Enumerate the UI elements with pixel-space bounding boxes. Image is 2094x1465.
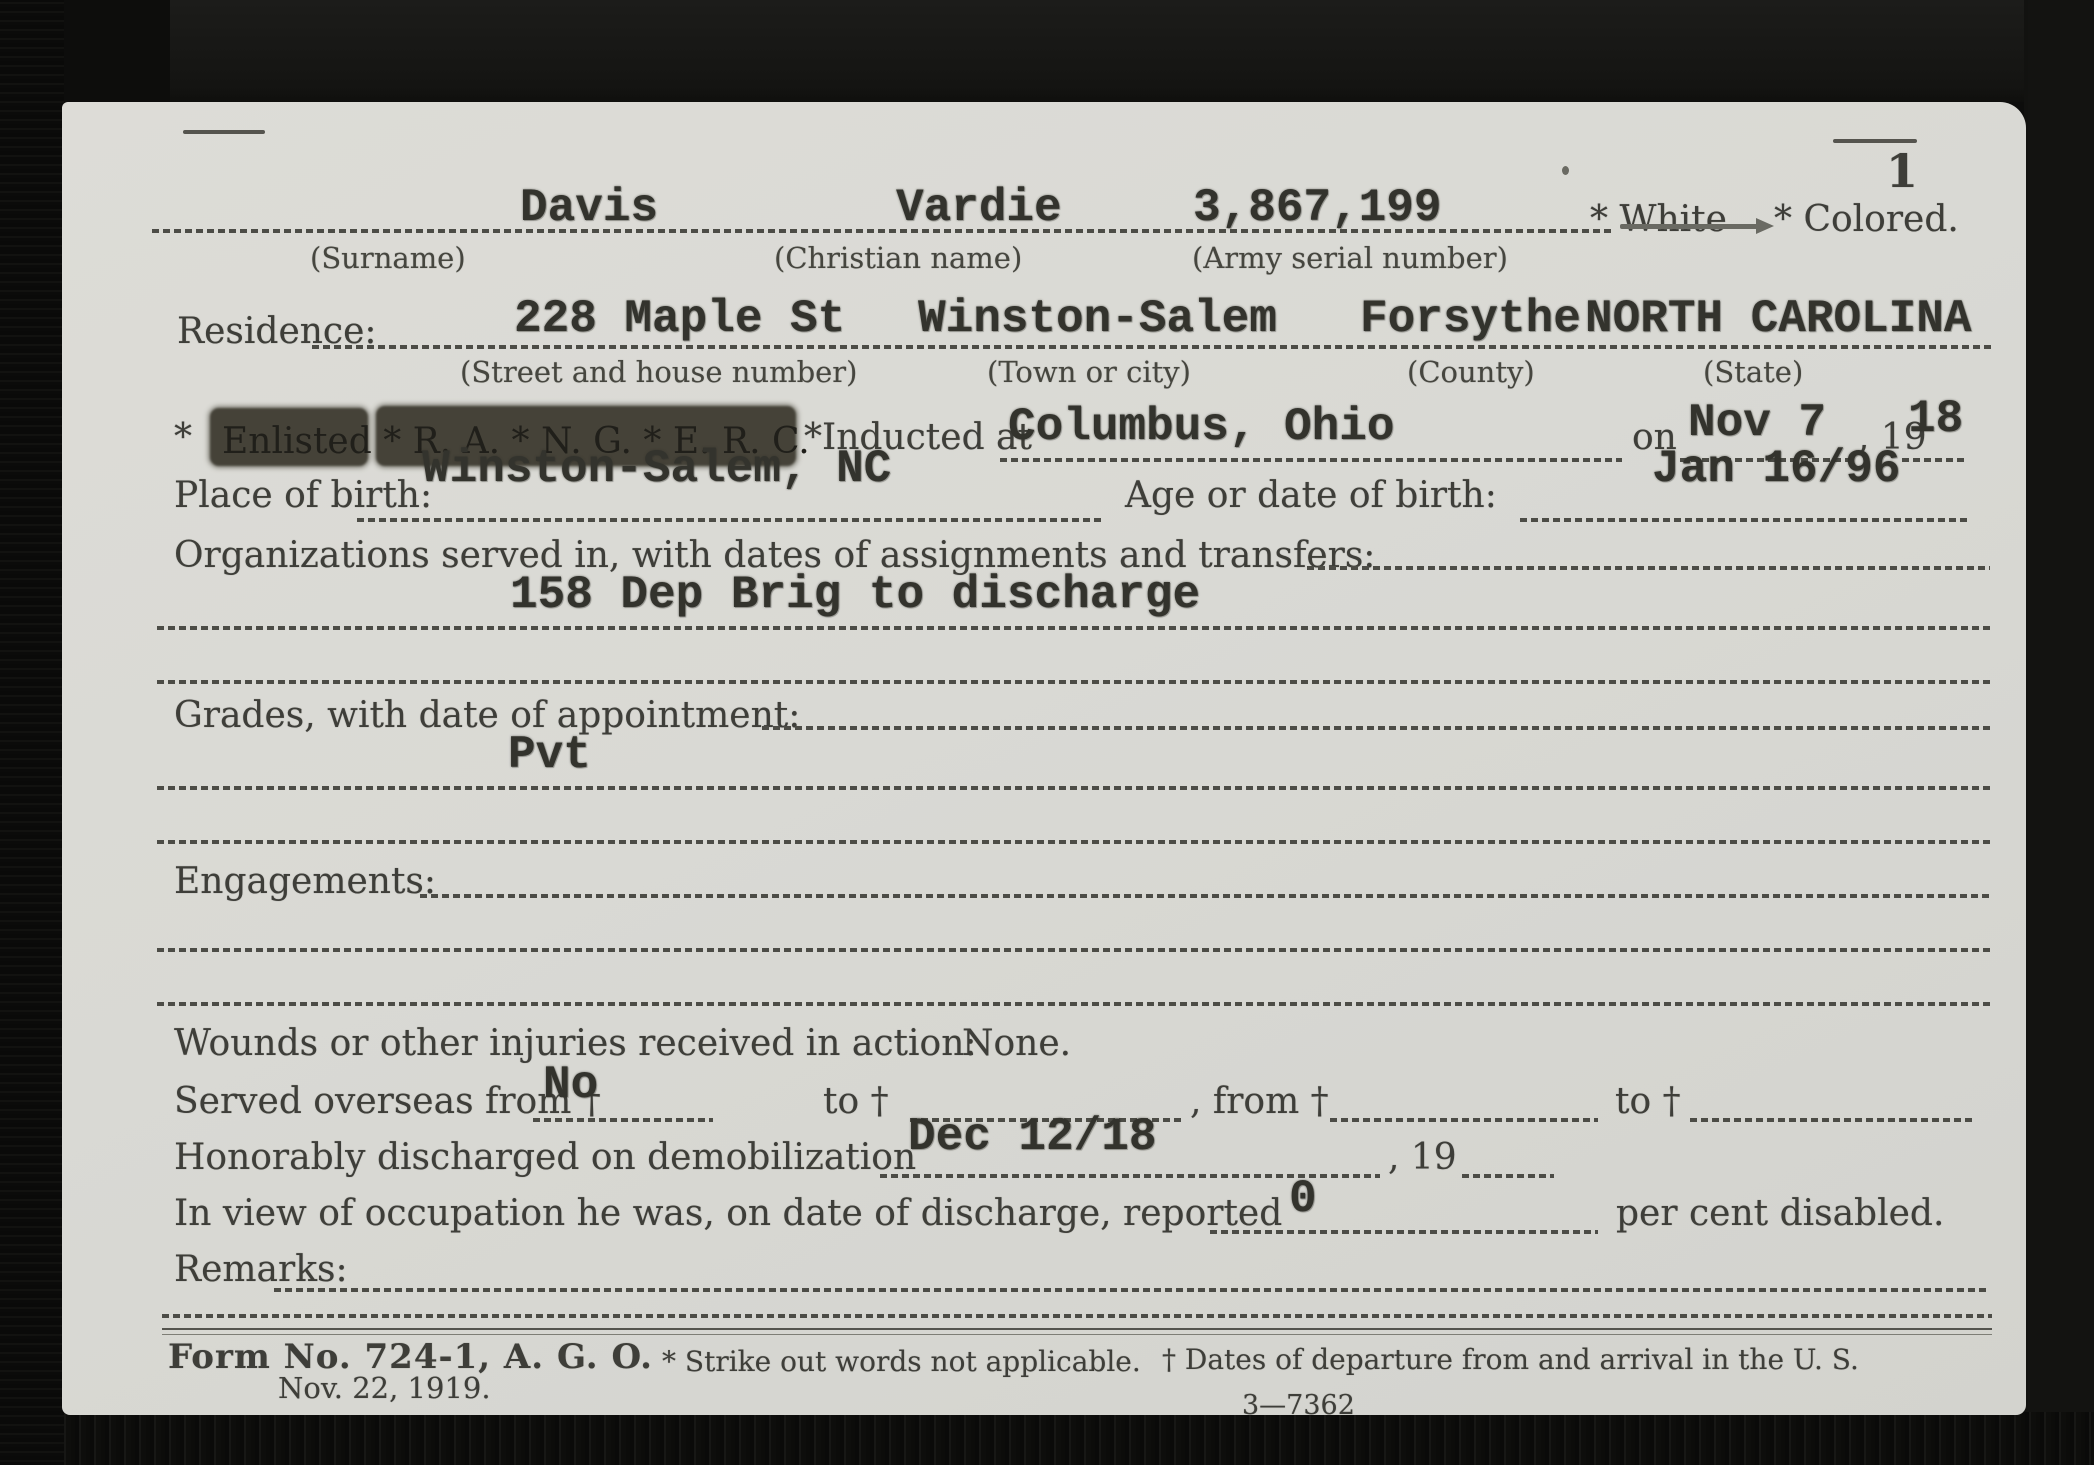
disability-value: 0 — [1289, 1176, 1317, 1222]
dotted-rule — [357, 518, 1102, 522]
dotted-rule — [1307, 566, 1990, 570]
background-top-band — [170, 0, 2094, 102]
dotted-rule — [533, 1118, 713, 1122]
dotted-rule — [157, 626, 1990, 630]
overseas-to2-label: to † — [1615, 1084, 1681, 1120]
residence-street-label: (Street and house number) — [460, 358, 857, 387]
dagger-note: † Dates of departure from and arrival in… — [1162, 1346, 1859, 1374]
scan-mark — [183, 130, 265, 134]
residence-town-label: (Town or city) — [987, 358, 1191, 387]
form-number: Form No. 724-1, A. G. O. — [168, 1340, 653, 1374]
dotted-rule — [1462, 1174, 1554, 1178]
place-of-birth-label: Place of birth: — [174, 478, 432, 514]
induction-date-value: Nov 7 — [1688, 400, 1826, 446]
blank-line — [157, 680, 1990, 684]
organizations-value: 158 Dep Brig to discharge — [510, 572, 1200, 618]
dotted-rule — [762, 726, 1990, 730]
residence-state-label: (State) — [1703, 358, 1803, 387]
christian-name-value: Vardie — [896, 185, 1062, 231]
wounds-value: None. — [962, 1026, 1071, 1062]
dotted-rule — [152, 229, 1612, 233]
residence-town-value: Winston-Salem — [918, 296, 1277, 342]
background-left-band — [0, 0, 64, 1465]
blank-line — [157, 948, 1990, 952]
dotted-rule — [1902, 458, 1968, 462]
residence-county-value: Forsythe — [1360, 296, 1581, 342]
remarks-label: Remarks: — [174, 1252, 348, 1288]
inducted-place-value: Columbus, Ohio — [1008, 404, 1394, 450]
service-record-card: 1 Davis Vardie 3,867,199 * White * Color… — [62, 102, 2026, 1415]
scanned-page: 1 Davis Vardie 3,867,199 * White * Color… — [0, 0, 2094, 1465]
wounds-label: Wounds or other injuries received in act… — [174, 1026, 977, 1062]
dotted-rule — [312, 345, 1992, 349]
solid-rule — [162, 1328, 1992, 1335]
blank-line — [157, 840, 1990, 844]
residence-street-value: 228 Maple St — [514, 296, 845, 342]
white-strikeout-mark — [1620, 224, 1758, 229]
disability-label: In view of occupation he was, on date of… — [174, 1196, 1282, 1232]
surname-label: (Surname) — [310, 244, 466, 273]
date-of-birth-value: Jan 16/96 — [1652, 446, 1900, 492]
discharge-year-prefix: , 19 — [1388, 1140, 1457, 1176]
dotted-rule — [1330, 1118, 1598, 1122]
surname-value: Davis — [520, 185, 658, 231]
dotted-rule — [1690, 1118, 1975, 1122]
residence-state-value: NORTH CAROLINA — [1585, 296, 1971, 342]
serial-number-value: 3,867,199 — [1193, 185, 1441, 231]
overseas-from1-value: No — [543, 1062, 598, 1108]
dotted-rule — [1520, 518, 1968, 522]
dotted-rule — [157, 786, 1990, 790]
enlisted-asterisk: * — [174, 420, 192, 456]
disability-suffix-label: per cent disabled. — [1616, 1196, 1944, 1232]
dotted-rule — [1210, 1230, 1598, 1234]
scan-speck — [1562, 166, 1569, 175]
discharge-date-value: Dec 12/18 — [908, 1114, 1156, 1160]
dotted-rule — [162, 1314, 1992, 1318]
race-option-colored: * Colored. — [1774, 202, 1959, 238]
scan-mark — [1833, 139, 1917, 143]
grades-label: Grades, with date of appointment: — [174, 698, 800, 734]
residence-county-label: (County) — [1407, 358, 1535, 387]
background-right-band — [2024, 0, 2094, 1465]
background-bottom-band — [0, 1412, 2094, 1465]
engagements-label: Engagements: — [174, 864, 436, 900]
induction-year-value: 18 — [1908, 396, 1963, 442]
discharge-label: Honorably discharged on demobilization — [174, 1140, 916, 1176]
dotted-rule — [1000, 458, 1622, 462]
serial-number-label: (Army serial number) — [1192, 244, 1508, 273]
form-date: Nov. 22, 1919. — [278, 1374, 491, 1403]
strike-note: * Strike out words not applicable. — [662, 1348, 1141, 1376]
blank-line — [157, 1002, 1990, 1006]
overseas-from2-label: , from † — [1190, 1084, 1329, 1120]
dotted-rule — [274, 1288, 1990, 1292]
overseas-to1-label: to † — [823, 1084, 889, 1120]
place-of-birth-value: Winston-Salem, NC — [422, 446, 891, 492]
christian-name-label: (Christian name) — [774, 244, 1022, 273]
dotted-rule — [420, 894, 1990, 898]
overseas-from1-label: Served overseas from † — [174, 1084, 601, 1120]
print-code: 3—7362 — [1242, 1392, 1355, 1419]
grades-value: Pvt — [508, 732, 591, 778]
date-of-birth-label: Age or date of birth: — [1125, 478, 1497, 514]
page-number: 1 — [1886, 148, 1918, 194]
